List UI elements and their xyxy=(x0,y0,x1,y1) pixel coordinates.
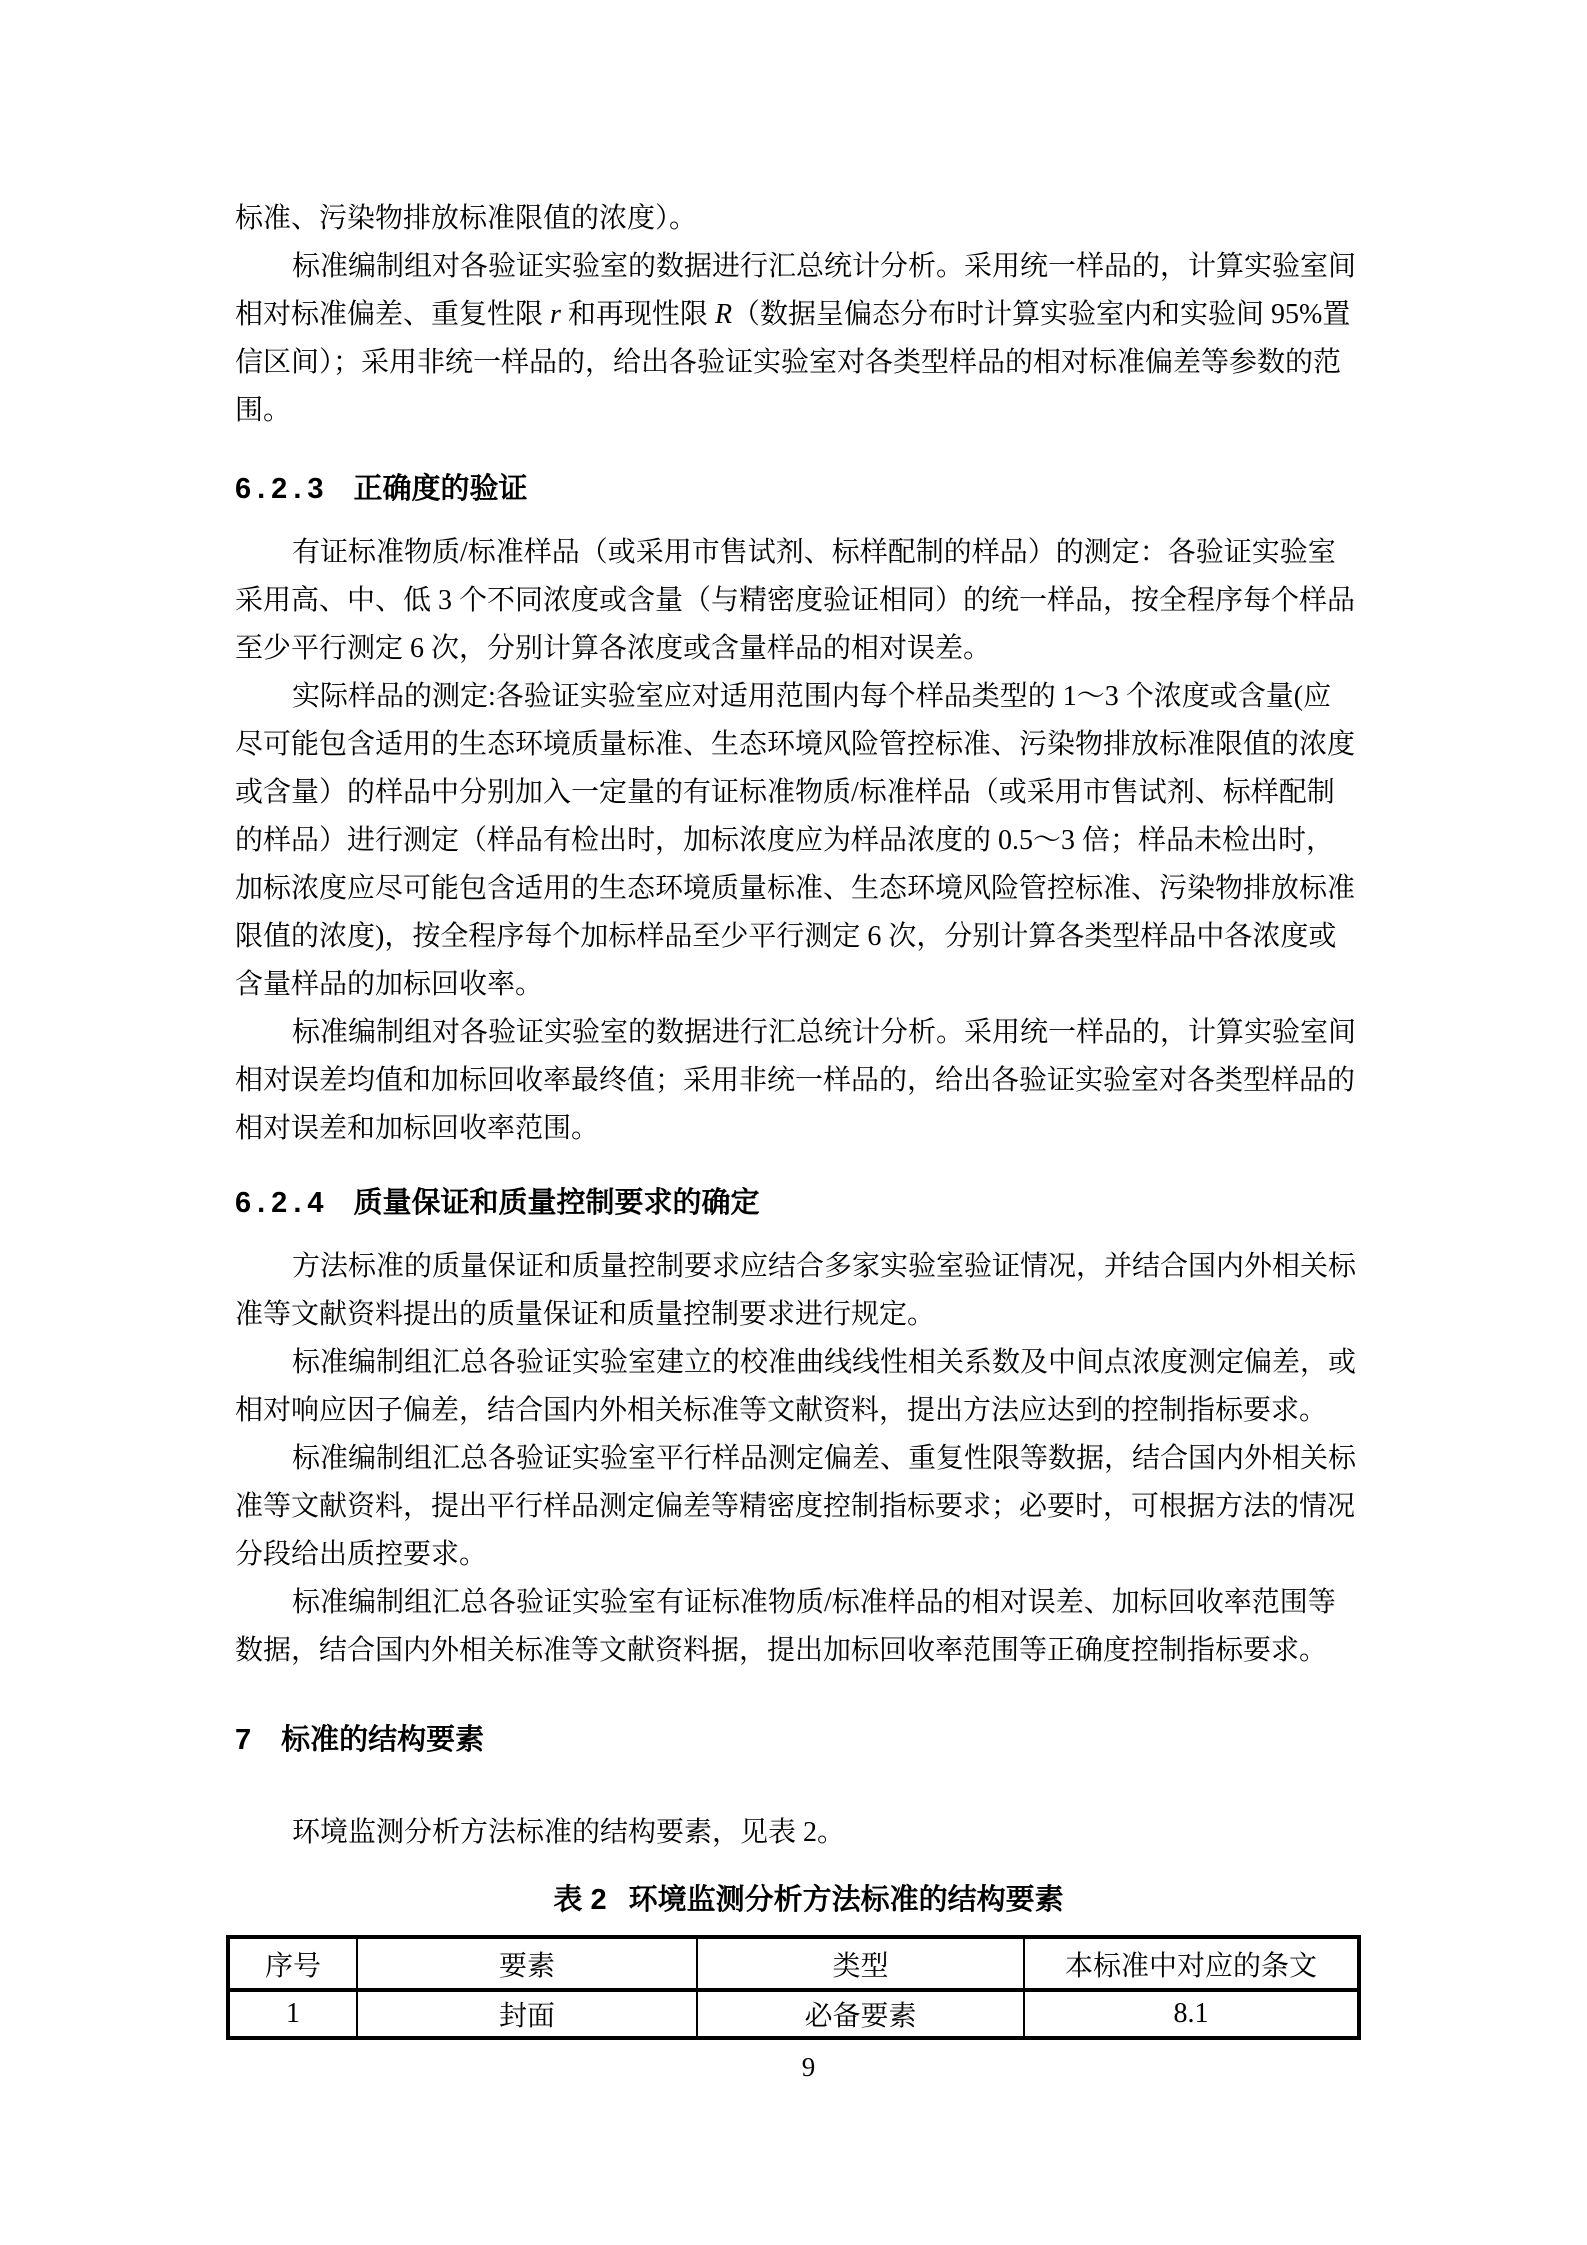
text-line: 有证标准物质/标准样品（或采用市售试剂、标样配制的样品）的测定：各验证实验室 xyxy=(235,529,1382,577)
text-line: 标准编制组对各验证实验室的数据进行汇总统计分析。采用统一样品的，计算实验室间 xyxy=(235,1009,1382,1057)
table-header-cell: 序号 xyxy=(228,1937,357,1990)
text-line: 的样品）进行测定（样品有检出时，加标浓度应为样品浓度的 0.5～3 倍；样品未检… xyxy=(235,817,1382,865)
text-line: 加标浓度应尽可能包含适用的生态环境质量标准、生态环境风险管控标准、污染物排放标准 xyxy=(235,865,1382,913)
text-line: 标准、污染物排放标准限值的浓度）。 xyxy=(235,195,1382,243)
text-line: 环境监测分析方法标准的结构要素，见表 2。 xyxy=(235,1809,1382,1857)
italic-variable-r: r xyxy=(550,299,561,330)
table-caption-title: 环境监测分析方法标准的结构要素 xyxy=(629,1884,1064,1916)
text-line: 尽可能包含适用的生态环境质量标准、生态环境风险管控标准、污染物排放标准限值的浓度 xyxy=(235,721,1382,769)
section-heading-6-2-4: 6.2.4质量保证和质量控制要求的确定 xyxy=(235,1185,1382,1221)
text-line: 限值的浓度)，按全程序每个加标样品至少平行测定 6 次，分别计算各类型样品中各浓… xyxy=(235,913,1382,961)
text-run: （数据呈偏态分布时计算实验室内和实验间 95%置 xyxy=(732,299,1350,330)
table-header-cell: 类型 xyxy=(697,1937,1024,1990)
text-line: 信区间）；采用非统一样品的，给出各验证实验室对各类型样品的相对标准偏差等参数的范 xyxy=(235,339,1382,387)
text-line: 实际样品的测定:各验证实验室应对适用范围内每个样品类型的 1～3 个浓度或含量(… xyxy=(235,673,1382,721)
text-line: 相对标准偏差、重复性限 r 和再现性限 R（数据呈偏态分布时计算实验室内和实验间… xyxy=(235,291,1382,339)
section-number: 6.2.3 xyxy=(235,473,330,505)
table-row: 1 封面 必备要素 8.1 xyxy=(228,1990,1359,2038)
table-caption-label: 表 2 xyxy=(553,1884,606,1916)
structure-elements-table: 序号 要素 类型 本标准中对应的条文 1 封面 必备要素 8.1 xyxy=(226,1935,1361,2040)
table-cell: 封面 xyxy=(357,1990,697,2038)
table-header-row: 序号 要素 类型 本标准中对应的条文 xyxy=(228,1937,1359,1990)
table-caption: 表 2环境监测分析方法标准的结构要素 xyxy=(235,1882,1382,1918)
text-line: 标准编制组对各验证实验室的数据进行汇总统计分析。采用统一样品的，计算实验室间 xyxy=(235,243,1382,291)
page-number: 9 xyxy=(235,2052,1382,2082)
text-line: 围。 xyxy=(235,387,1382,435)
text-run: 相对标准偏差、重复性限 xyxy=(235,299,550,330)
text-line: 准等文献资料，提出平行样品测定偏差等精密度控制指标要求；必要时，可根据方法的情况 xyxy=(235,1483,1382,1531)
table-header-cell: 本标准中对应的条文 xyxy=(1024,1937,1359,1990)
text-line: 至少平行测定 6 次，分别计算各浓度或含量样品的相对误差。 xyxy=(235,625,1382,673)
section-number: 7 xyxy=(235,1724,257,1756)
text-line: 标准编制组汇总各验证实验室平行样品测定偏差、重复性限等数据，结合国内外相关标 xyxy=(235,1435,1382,1483)
text-line: 数据，结合国内外相关标准等文献资料据，提出加标回收率范围等正确度控制指标要求。 xyxy=(235,1627,1382,1675)
text-line: 含量样品的加标回收率。 xyxy=(235,961,1382,1009)
text-line: 相对误差均值和加标回收率最终值；采用非统一样品的，给出各验证实验室对各类型样品的 xyxy=(235,1057,1382,1105)
section-title: 质量保证和质量控制要求的确定 xyxy=(354,1187,760,1219)
table-cell: 8.1 xyxy=(1024,1990,1359,2038)
table-cell: 必备要素 xyxy=(697,1990,1024,2038)
section-number: 6.2.4 xyxy=(235,1187,330,1219)
document-page: 标准、污染物排放标准限值的浓度）。 标准编制组对各验证实验室的数据进行汇总统计分… xyxy=(0,0,1587,2245)
text-line: 标准编制组汇总各验证实验室建立的校准曲线线性相关系数及中间点浓度测定偏差，或 xyxy=(235,1339,1382,1387)
section-title: 正确度的验证 xyxy=(354,473,528,505)
section-title: 标准的结构要素 xyxy=(281,1724,484,1756)
text-line: 方法标准的质量保证和质量控制要求应结合多家实验室验证情况，并结合国内外相关标 xyxy=(235,1243,1382,1291)
text-line: 分段给出质控要求。 xyxy=(235,1531,1382,1579)
text-line: 采用高、中、低 3 个不同浓度或含量（与精密度验证相同）的统一样品，按全程序每个… xyxy=(235,577,1382,625)
section-heading-7: 7标准的结构要素 xyxy=(235,1722,1382,1758)
table-header-cell: 要素 xyxy=(357,1937,697,1990)
table-cell: 1 xyxy=(228,1990,357,2038)
italic-variable-R: R xyxy=(715,299,732,330)
text-line: 相对响应因子偏差，结合国内外相关标准等文献资料，提出方法应达到的控制指标要求。 xyxy=(235,1387,1382,1435)
text-line: 相对误差和加标回收率范围。 xyxy=(235,1105,1382,1153)
text-run: 和再现性限 xyxy=(561,299,715,330)
text-line: 准等文献资料提出的质量保证和质量控制要求进行规定。 xyxy=(235,1291,1382,1339)
text-line: 或含量）的样品中分别加入一定量的有证标准物质/标准样品（或采用市售试剂、标样配制 xyxy=(235,769,1382,817)
section-heading-6-2-3: 6.2.3正确度的验证 xyxy=(235,471,1382,507)
text-line: 标准编制组汇总各验证实验室有证标准物质/标准样品的相对误差、加标回收率范围等 xyxy=(235,1579,1382,1627)
